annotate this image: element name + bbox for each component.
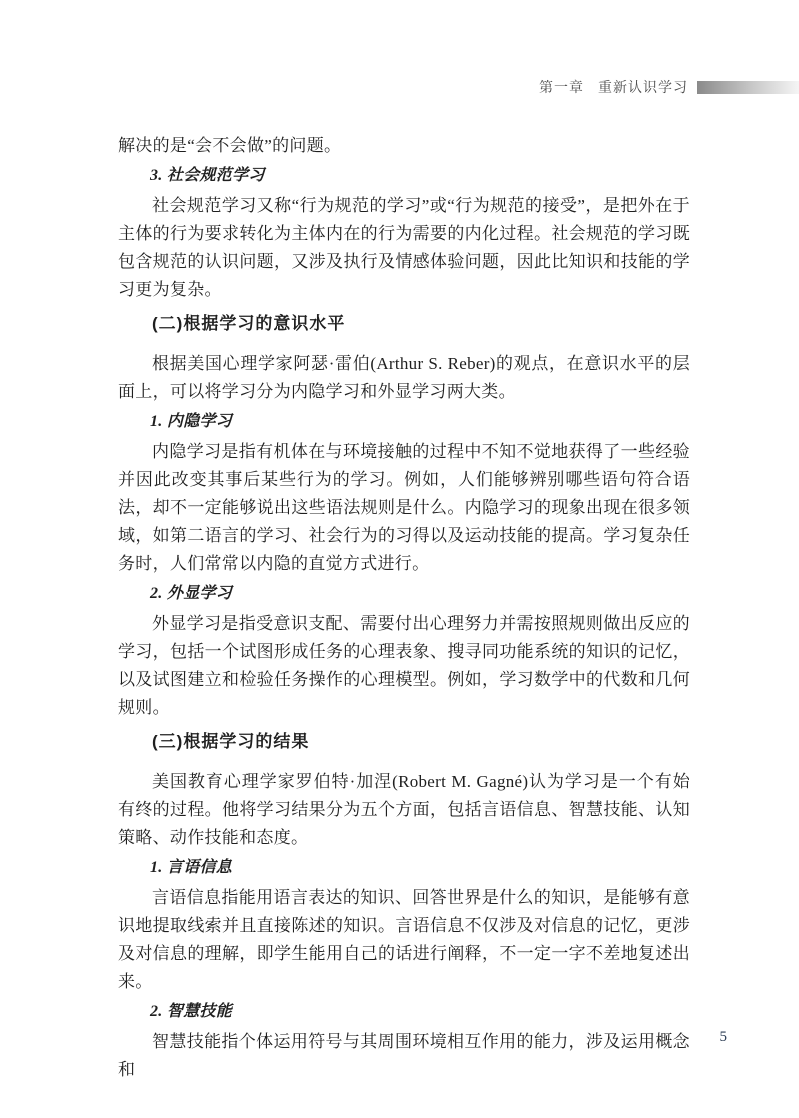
subsection-heading: 2. 外显学习 xyxy=(118,580,690,608)
paragraph-continuation: 解决的是“会不会做”的问题。 xyxy=(118,132,690,160)
subsection-heading: 1. 言语信息 xyxy=(118,854,690,882)
header-rule xyxy=(697,81,799,94)
chapter-label: 第一章 xyxy=(539,77,584,97)
running-header: 第一章 重新认识学习 xyxy=(118,78,799,96)
paragraph: 智慧技能指个体运用符号与其周围环境相互作用的能力，涉及运用概念和 xyxy=(118,1028,690,1084)
chapter-title: 重新认识学习 xyxy=(598,77,688,97)
subsection-heading: 1. 内隐学习 xyxy=(118,408,690,436)
paragraph: 社会规范学习又称“行为规范的学习”或“行为规范的接受”，是把外在于主体的行为要求… xyxy=(118,192,690,304)
paragraph: 根据美国心理学家阿瑟·雷伯(Arthur S. Reber)的观点，在意识水平的… xyxy=(118,350,690,406)
subsection-heading: 2. 智慧技能 xyxy=(118,998,690,1026)
paragraph: 外显学习是指受意识支配、需要付出心理努力并需按照规则做出反应的学习，包括一个试图… xyxy=(118,610,690,722)
page-number: 5 xyxy=(720,1029,728,1046)
text-column: 解决的是“会不会做”的问题。 3. 社会规范学习 社会规范学习又称“行为规范的学… xyxy=(118,132,690,1084)
paragraph: 内隐学习是指有机体在与环境接触的过程中不知不觉地获得了一些经验并因此改变其事后某… xyxy=(118,438,690,578)
paragraph: 美国教育心理学家罗伯特·加涅(Robert M. Gagné)认为学习是一个有始… xyxy=(118,768,690,852)
book-page: 第一章 重新认识学习 解决的是“会不会做”的问题。 3. 社会规范学习 社会规范… xyxy=(0,0,799,1118)
section-heading: (二)根据学习的意识水平 xyxy=(118,310,690,338)
paragraph: 言语信息指能用语言表达的知识、回答世界是什么的知识，是能够有意识地提取线索并且直… xyxy=(118,884,690,996)
subsection-heading: 3. 社会规范学习 xyxy=(118,162,690,190)
section-heading: (三)根据学习的结果 xyxy=(118,728,690,756)
